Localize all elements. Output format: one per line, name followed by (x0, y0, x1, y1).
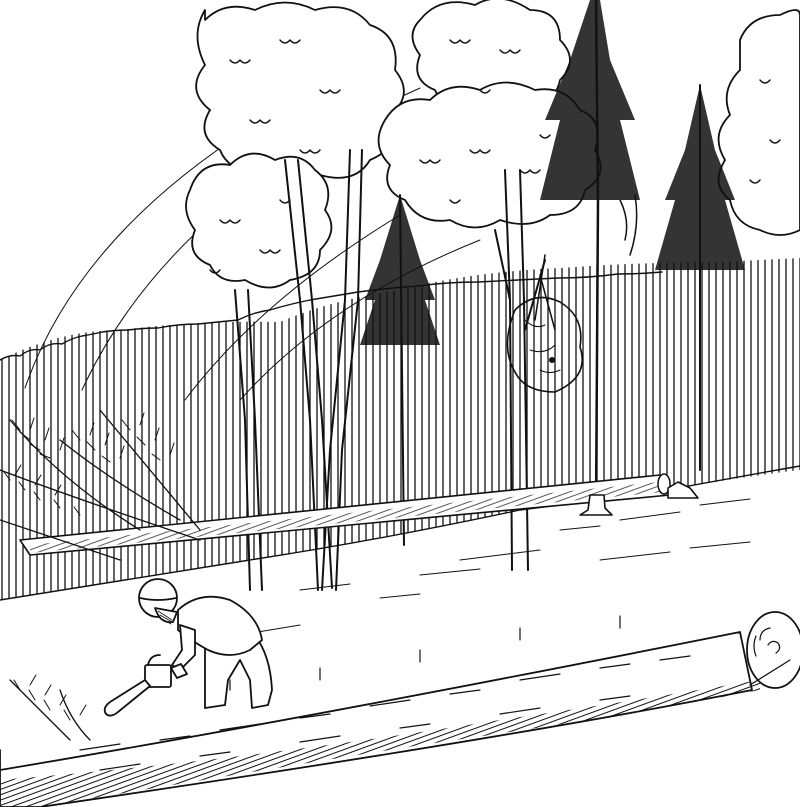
forestry-illustration: Logger bucking a felled tree with a chai… (0, 0, 800, 807)
